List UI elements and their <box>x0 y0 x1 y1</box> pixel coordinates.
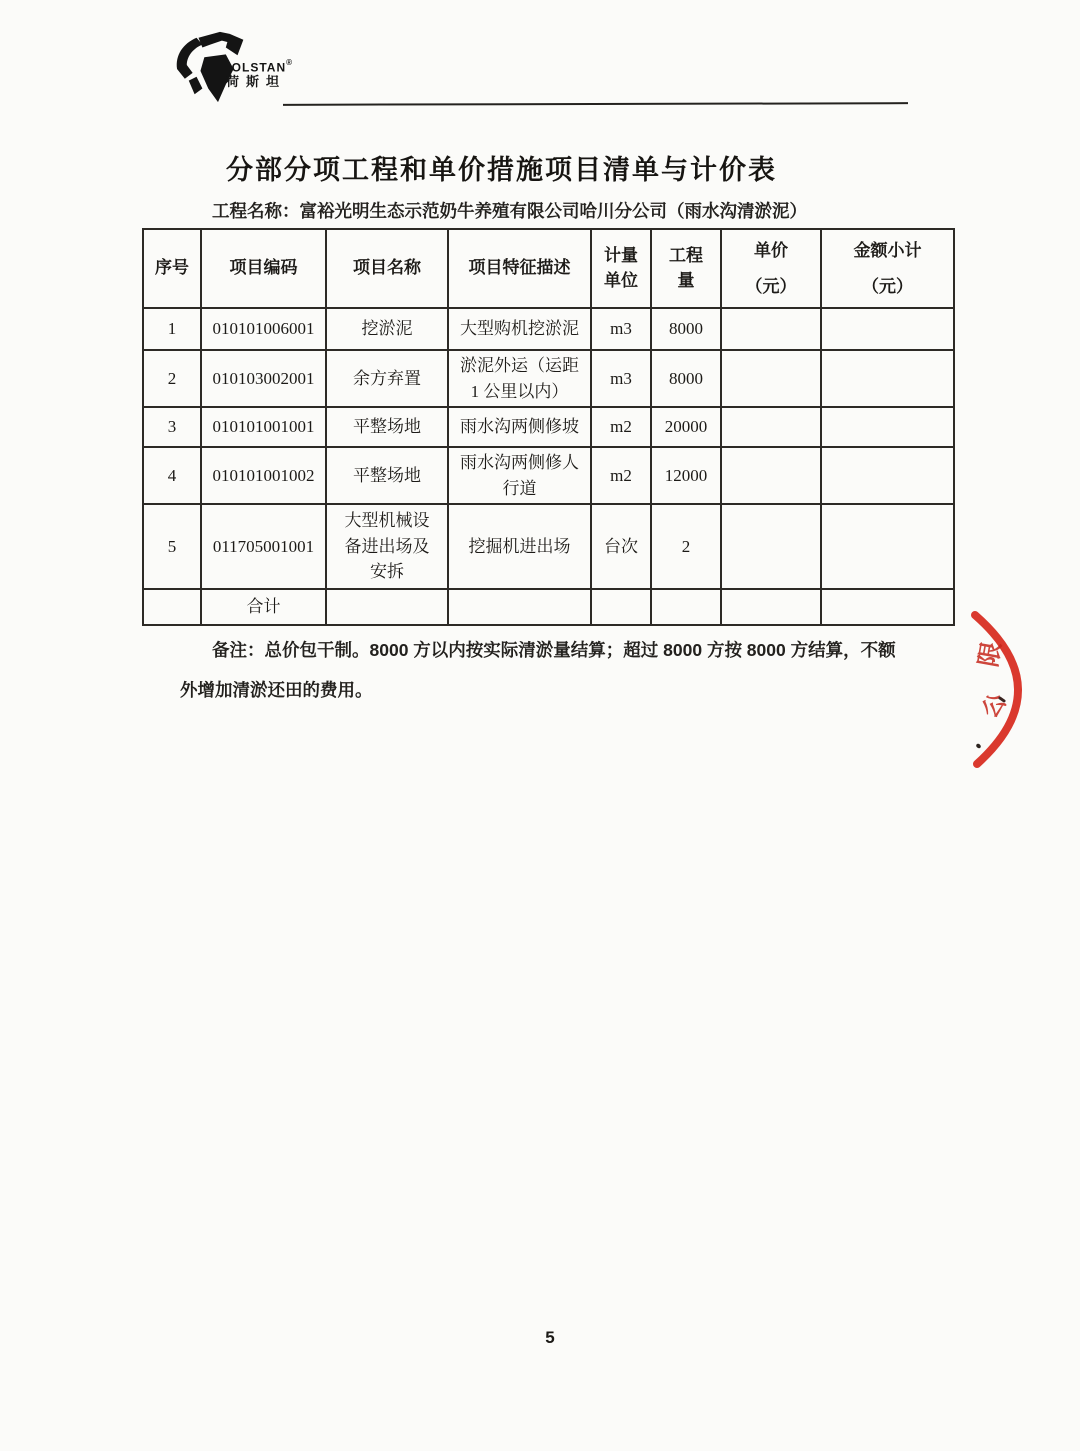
r1-quantity: 8000 <box>651 308 721 350</box>
table-row-5: 5 011705001001 大型机械设 备进出场及 安拆 挖掘机进出场 台次 … <box>143 504 954 589</box>
table-header-row: 序号 项目编码 项目名称 项目特征描述 计量 单位 工程量 单价 （元） 金额小… <box>143 229 954 308</box>
total-unit <box>591 589 651 625</box>
r4-unit-price <box>721 447 821 504</box>
seal-ink-tick <box>998 696 1006 703</box>
col-header-unit: 计量 单位 <box>591 229 651 308</box>
r1-serial: 1 <box>143 308 201 350</box>
r5-serial: 5 <box>143 504 201 589</box>
seal-char-2: 公 <box>972 685 1012 723</box>
col-header-quantity: 工程量 <box>651 229 721 308</box>
total-label: 合计 <box>201 589 326 625</box>
col-header-item-name: 项目名称 <box>326 229 448 308</box>
r3-quantity: 20000 <box>651 407 721 447</box>
r2-amount <box>821 350 954 407</box>
table-row-1: 1 010101006001 挖淤泥 大型购机挖淤泥 m3 8000 <box>143 308 954 350</box>
r2-serial: 2 <box>143 350 201 407</box>
r4-serial: 4 <box>143 447 201 504</box>
r1-unit: m3 <box>591 308 651 350</box>
project-name-value: 富裕光明生态示范奶牛养殖有限公司哈川分公司（雨水沟清淤泥） <box>300 201 808 221</box>
r5-unit: 台次 <box>591 504 651 589</box>
r5-feature-desc: 挖掘机进出场 <box>448 504 591 589</box>
r3-serial: 3 <box>143 407 201 447</box>
r2-quantity: 8000 <box>651 350 721 407</box>
r2-feature-desc: 淤泥外运（运距 1 公里以内） <box>448 350 591 407</box>
registered-trademark-icon: ® <box>286 58 292 67</box>
document-title: 分部分项工程和单价措施项目清单与计价表 <box>226 148 777 187</box>
r1-amount <box>821 308 954 350</box>
r4-unit: m2 <box>591 447 651 504</box>
remarks-block: 备注：总价包干制。8000 方以内按实际清淤量结算；超过 8000 方按 800… <box>180 630 970 710</box>
total-serial <box>143 589 201 625</box>
r3-item-name: 平整场地 <box>326 407 448 447</box>
total-quantity <box>651 589 721 625</box>
total-feature-desc <box>448 589 591 625</box>
r5-quantity: 2 <box>651 504 721 589</box>
total-unit-price <box>721 589 821 625</box>
project-name-label: 工程名称： <box>212 201 300 221</box>
seal-ink-speck <box>975 743 981 749</box>
r3-unit-price <box>721 407 821 447</box>
r3-feature-desc: 雨水沟两侧修坡 <box>448 407 591 447</box>
remarks-line-1: 备注：总价包干制。8000 方以内按实际清淤量结算；超过 8000 方按 800… <box>180 630 970 670</box>
r4-feature-desc: 雨水沟两侧修人 行道 <box>448 447 591 504</box>
r1-item-name: 挖淤泥 <box>326 308 448 350</box>
r5-item-code: 011705001001 <box>201 504 326 589</box>
remarks-line-2: 外增加清淤还田的费用。 <box>180 670 970 710</box>
r5-amount <box>821 504 954 589</box>
header-divider-line <box>283 102 908 106</box>
r4-item-code: 010101001002 <box>201 447 326 504</box>
r2-item-code: 010103002001 <box>201 350 326 407</box>
page-number: 5 <box>0 1328 1080 1348</box>
col-header-item-code: 项目编码 <box>201 229 326 308</box>
total-item-name <box>326 589 448 625</box>
scanned-document-page: HOLSTAN® 荷斯坦 分部分项工程和单价措施项目清单与计价表 工程名称：富裕… <box>0 0 1080 1451</box>
r3-unit: m2 <box>591 407 651 447</box>
r2-item-name: 余方弃置 <box>326 350 448 407</box>
col-header-unit-price: 单价 （元） <box>721 229 821 308</box>
company-logo: HOLSTAN® 荷斯坦 <box>168 26 318 110</box>
project-name-line: 工程名称：富裕光明生态示范奶牛养殖有限公司哈川分公司（雨水沟清淤泥） <box>212 198 807 223</box>
table-row-3: 3 010101001001 平整场地 雨水沟两侧修坡 m2 20000 <box>143 407 954 447</box>
r3-amount <box>821 407 954 447</box>
r1-unit-price <box>721 308 821 350</box>
r2-unit: m3 <box>591 350 651 407</box>
r3-item-code: 010101001001 <box>201 407 326 447</box>
table-total-row: 合计 <box>143 589 954 625</box>
r4-item-name: 平整场地 <box>326 447 448 504</box>
table-row-2: 2 010103002001 余方弃置 淤泥外运（运距 1 公里以内） m3 8… <box>143 350 954 407</box>
r5-unit-price <box>721 504 821 589</box>
table-row-4: 4 010101001002 平整场地 雨水沟两侧修人 行道 m2 12000 <box>143 447 954 504</box>
logo-chinese-text: 荷斯坦 <box>226 71 286 90</box>
r4-amount <box>821 447 954 504</box>
r4-quantity: 12000 <box>651 447 721 504</box>
total-amount <box>821 589 954 625</box>
col-header-serial: 序号 <box>143 229 201 308</box>
seal-char-1: 限 <box>969 639 1009 670</box>
pricing-table: 序号 项目编码 项目名称 项目特征描述 计量 单位 工程量 单价 （元） 金额小… <box>142 228 955 626</box>
r1-item-code: 010101006001 <box>201 308 326 350</box>
r5-item-name: 大型机械设 备进出场及 安拆 <box>326 504 448 589</box>
r1-feature-desc: 大型购机挖淤泥 <box>448 308 591 350</box>
r2-unit-price <box>721 350 821 407</box>
col-header-amount: 金额小计 （元） <box>821 229 954 308</box>
col-header-feature-desc: 项目特征描述 <box>448 229 591 308</box>
